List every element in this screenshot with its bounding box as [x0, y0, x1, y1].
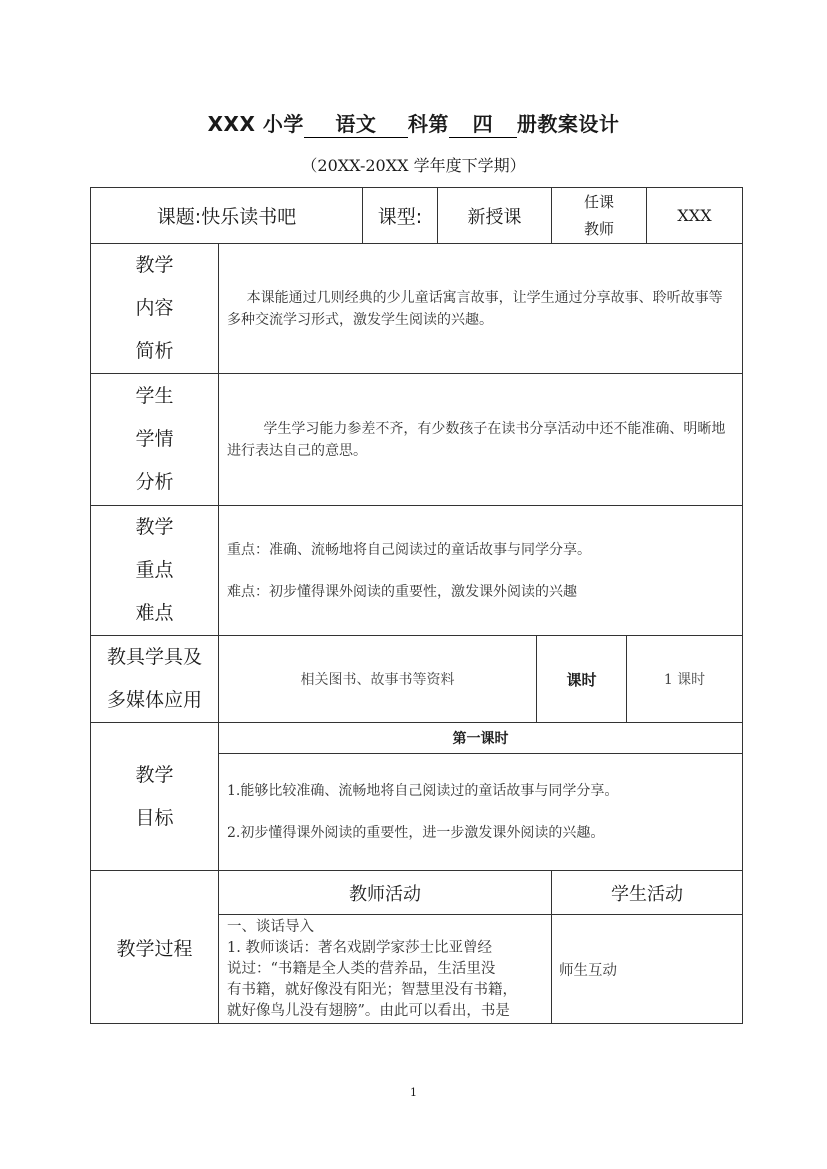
volume-field: 四	[449, 108, 517, 138]
page-number: 1	[0, 1086, 827, 1099]
objectives-list: 1.能够比较准确、流畅地将自己阅读过的童话故事与同学分享。 2.初步懂得课外阅读…	[218, 753, 742, 870]
student-activity-header: 学生活动	[551, 870, 742, 914]
content-summary-label: 教学 内容 简析	[90, 243, 218, 373]
teacher-activity-header: 教师活动	[218, 870, 551, 914]
student-activity-text: 师生互动	[551, 914, 742, 1023]
key-points-label: 教学 重点 难点	[90, 505, 218, 635]
document-title: XXX 小学语文科第四册教案设计	[0, 108, 827, 138]
materials-value: 相关图书、故事书等资料	[218, 635, 536, 722]
difficulty-point: 难点：初步懂得课外阅读的重要性，激发课外阅读的兴趣	[227, 581, 577, 603]
materials-label: 教具学具及 多媒体应用	[90, 635, 218, 722]
hours-label: 课时	[536, 635, 626, 722]
title-mid: 科第	[408, 112, 449, 136]
topic-cell: 课题:快乐读书吧	[90, 187, 362, 243]
subject-field: 语文	[304, 108, 408, 138]
hours-value: 1 课时	[626, 635, 742, 722]
objective-item: 2.初步懂得课外阅读的重要性，进一步激发课外阅读的兴趣。	[227, 822, 604, 844]
session-heading: 第一课时	[218, 722, 742, 753]
lesson-type-label: 课型:	[362, 187, 437, 243]
title-suffix: 册教案设计	[517, 112, 620, 136]
lesson-type-value: 新授课	[437, 187, 551, 243]
school-name: XXX 小学	[208, 112, 304, 136]
key-points-text: 重点：准确、流畅地将自己阅读过的童话故事与同学分享。 难点：初步懂得课外阅读的重…	[218, 505, 742, 635]
document-subtitle: （20XX-20XX 学年度下学期）	[0, 153, 827, 176]
key-point: 重点：准确、流畅地将自己阅读过的童话故事与同学分享。	[227, 539, 591, 561]
process-label: 教学过程	[90, 870, 218, 1023]
teacher-label: 任课 教师	[551, 187, 646, 243]
objectives-label: 教学 目标	[90, 722, 218, 870]
teacher-activity-text: 一、谈话导入 1. 教师谈话：著名戏剧学家莎士比亚曾经 说过：“书籍是全人类的营…	[218, 914, 551, 1023]
student-analysis-text: 学生学习能力参差不齐，有少数孩子在读书分享活动中还不能准确、明晰地进行表达自己的…	[218, 373, 742, 505]
teacher-value: XXX	[646, 187, 742, 243]
student-analysis-label: 学生 学情 分析	[90, 373, 218, 505]
objective-item: 1.能够比较准确、流畅地将自己阅读过的童话故事与同学分享。	[227, 780, 618, 802]
content-summary-text: 本课能通过几则经典的少儿童话寓言故事，让学生通过分享故事、聆听故事等多种交流学习…	[218, 243, 742, 373]
